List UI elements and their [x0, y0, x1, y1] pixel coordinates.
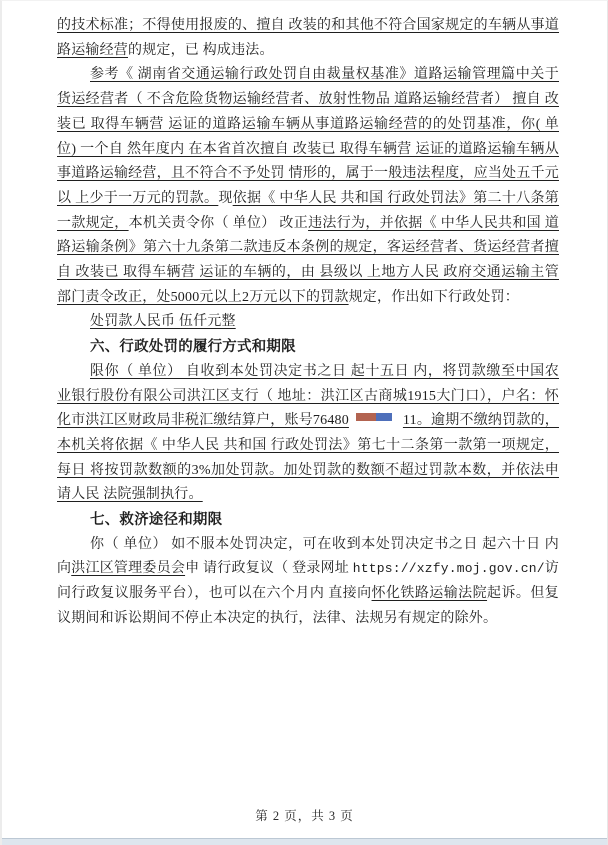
- redaction-block-red: [356, 413, 376, 421]
- page-footer: 第 2 页，共 3 页: [2, 806, 607, 824]
- document-page: 的技术标准；不得使用报废的、擅自 改装的和其他不符合国家规定的车辆从事道路运输经…: [0, 0, 608, 845]
- text-segment: 申 请行政复议（ 登录网址: [185, 561, 353, 576]
- para-penalty-basis: 参考《 湖南省交通运输行政处罚自由裁量权基准》道路运输管理篇中关于货运经营者（ …: [57, 63, 559, 310]
- heading-section-7: 七、救济途径和期限: [57, 508, 559, 533]
- text-segment: 的规定，已 构成违法。: [128, 43, 274, 58]
- para-vehicle-standards-continuation: 的技术标准；不得使用报废的、擅自 改装的和其他不符合国家规定的车辆从事道路运输经…: [57, 14, 559, 63]
- redaction-block-blue: [376, 413, 392, 421]
- document-content: 的技术标准；不得使用报废的、擅自 改装的和其他不符合国家规定的车辆从事道路运输经…: [57, 14, 559, 632]
- para-payment-instructions: 限你（ 单位） 自收到本处罚决定书之日 起十五日 内，将罚款缴至中国农业银行股份…: [57, 360, 559, 508]
- para-remedy-rights: 你（ 单位） 如不服本处罚决定，可在收到本处罚决定书之日 起六十日 内向洪江区管…: [57, 533, 559, 632]
- text-segment: https://xzfy.moj.gov.cn/: [353, 561, 545, 576]
- page-bottom-edge: [2, 838, 607, 845]
- underlined-text-segment: 怀化铁路运输法院: [372, 586, 488, 601]
- underlined-text-segment: 处罚款人民币 伍仟元整: [90, 314, 236, 329]
- text-segment: 现: [218, 191, 232, 206]
- heading-section-6: 六、行政处罚的履行方式和期限: [57, 335, 559, 360]
- para-fine-amount: 处罚款人民币 伍仟元整: [57, 310, 559, 335]
- text-segment: 规定，作出如下行政处罚：: [349, 290, 519, 305]
- underlined-text-segment: 参考《 湖南省交通运输行政处罚自由裁量权基准》道路运输管理篇中关于货运经营者（ …: [57, 67, 559, 206]
- page-number: 第 2 页，共 3 页: [255, 809, 354, 823]
- text-segment: 本机关责令你（ 单位） 改正: [129, 216, 308, 231]
- underlined-text-segment: 洪江区管理委员会: [71, 561, 185, 576]
